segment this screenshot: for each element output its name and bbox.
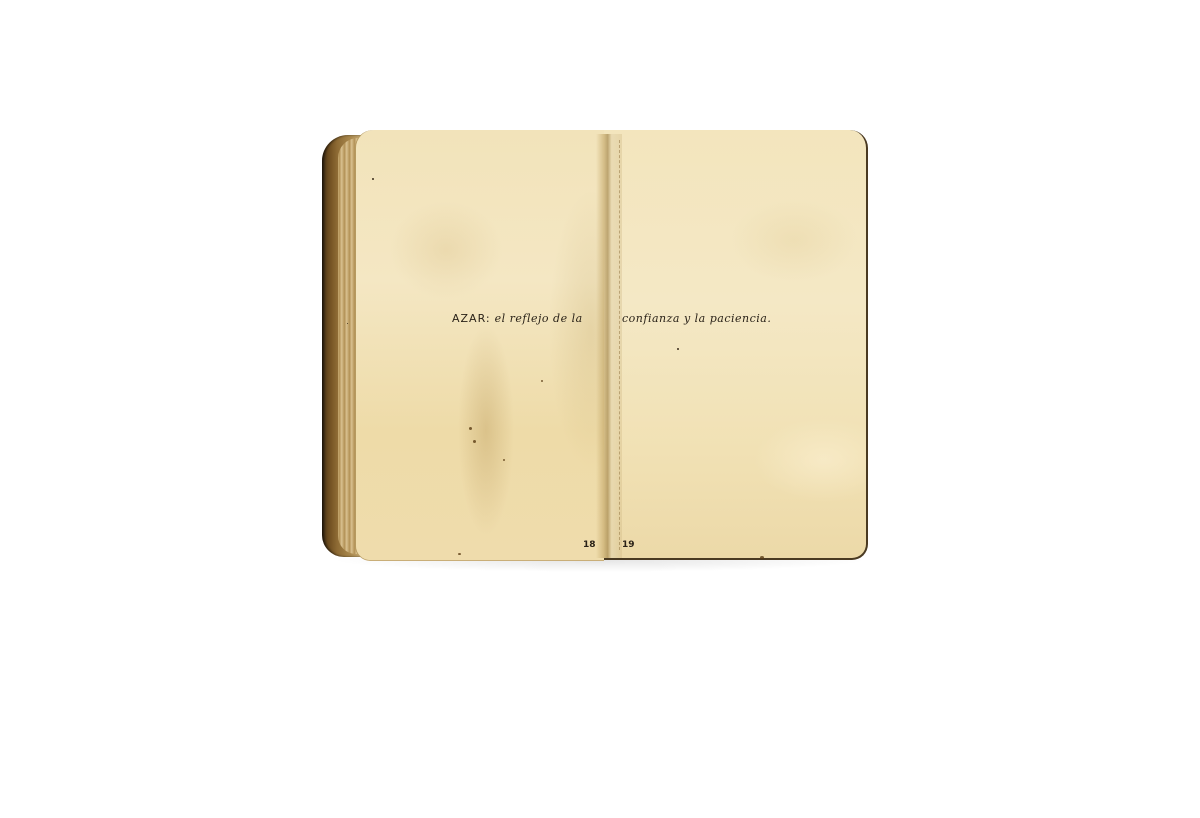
page-number-left: 18 bbox=[583, 540, 596, 550]
handwritten-text-right: confianza y la paciencia. bbox=[622, 312, 771, 325]
stain-speck bbox=[503, 459, 505, 461]
stain-speck bbox=[473, 440, 476, 443]
handwritten-line-left: AZAR: el reflejo de la bbox=[452, 312, 583, 325]
ink-dot bbox=[347, 323, 348, 324]
page-number-right: 19 bbox=[622, 540, 635, 550]
left-page bbox=[356, 130, 604, 560]
binding-stitch bbox=[619, 140, 620, 550]
handwritten-text-left: el reflejo de la bbox=[495, 312, 583, 325]
right-page bbox=[604, 130, 868, 560]
ink-dot bbox=[372, 178, 374, 180]
stain-speck bbox=[760, 556, 764, 559]
ink-dot bbox=[677, 348, 679, 350]
handwritten-line-right: confianza y la paciencia. bbox=[622, 312, 771, 325]
photo-scene: AZAR: el reflejo de la confianza y la pa… bbox=[0, 0, 1200, 818]
handwritten-heading: AZAR: bbox=[452, 312, 491, 325]
stain-speck bbox=[541, 380, 543, 382]
stain-speck bbox=[469, 427, 472, 430]
stain-speck bbox=[458, 553, 461, 555]
